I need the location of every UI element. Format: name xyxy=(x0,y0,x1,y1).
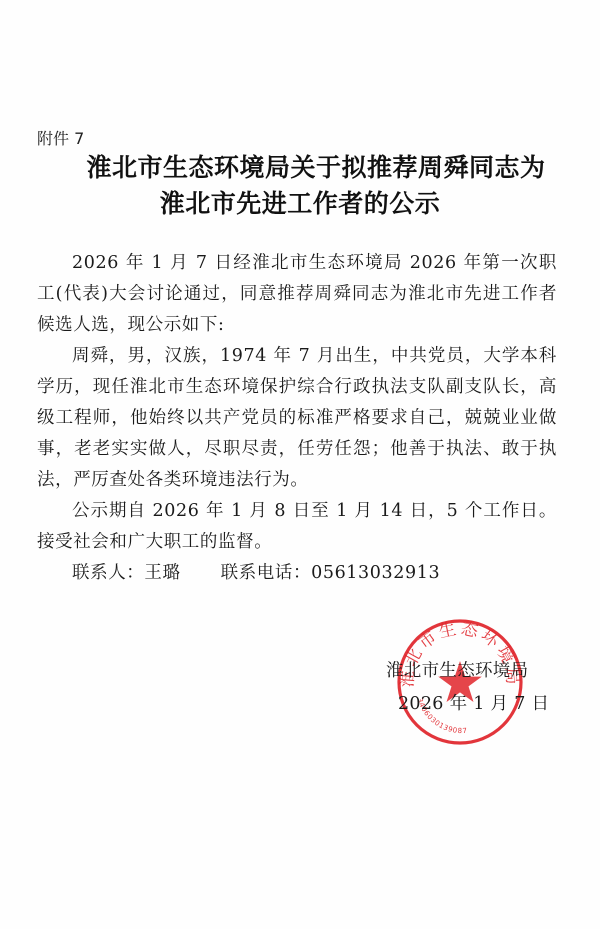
document-title-line-1: 淮北市生态环境局关于拟推荐周舜同志为 xyxy=(16,148,600,184)
document-body: 2026 年 1 月 7 日经淮北市生态环境局 2026 年第一次职工(代表)大… xyxy=(37,248,557,589)
signature-date: 2026 年 1 月 7 日 xyxy=(398,690,578,715)
contact-person-label: 联系人： xyxy=(72,558,144,589)
document-page: 附件 7 淮北市生态环境局关于拟推荐周舜同志为 淮北市先进工作者的公示 2026… xyxy=(0,0,600,929)
contact-person-name: 王璐 xyxy=(144,558,180,589)
attachment-label: 附件 7 xyxy=(37,126,84,149)
document-title-line-2: 淮北市先进工作者的公示 xyxy=(0,184,600,220)
official-seal-icon: 淮北市生态环境局 3406030139087 xyxy=(395,617,525,747)
signature-organization: 淮北市生态环境局 xyxy=(386,657,566,682)
paragraph-notice-period: 公示期自 2026 年 1 月 8 日至 1 月 14 日，5 个工作日。接受社… xyxy=(37,496,557,558)
paragraph-candidate-profile: 周舜，男，汉族，1974 年 7 月出生，中共党员，大学本科学历，现任淮北市生态… xyxy=(37,341,557,496)
paragraph-intro: 2026 年 1 月 7 日经淮北市生态环境局 2026 年第一次职工(代表)大… xyxy=(37,248,557,341)
contact-phone-label: 联系电话： xyxy=(221,558,312,589)
contact-phone-number: 05613032913 xyxy=(311,558,440,589)
contact-line: 联系人：王璐联系电话：05613032913 xyxy=(37,558,557,589)
